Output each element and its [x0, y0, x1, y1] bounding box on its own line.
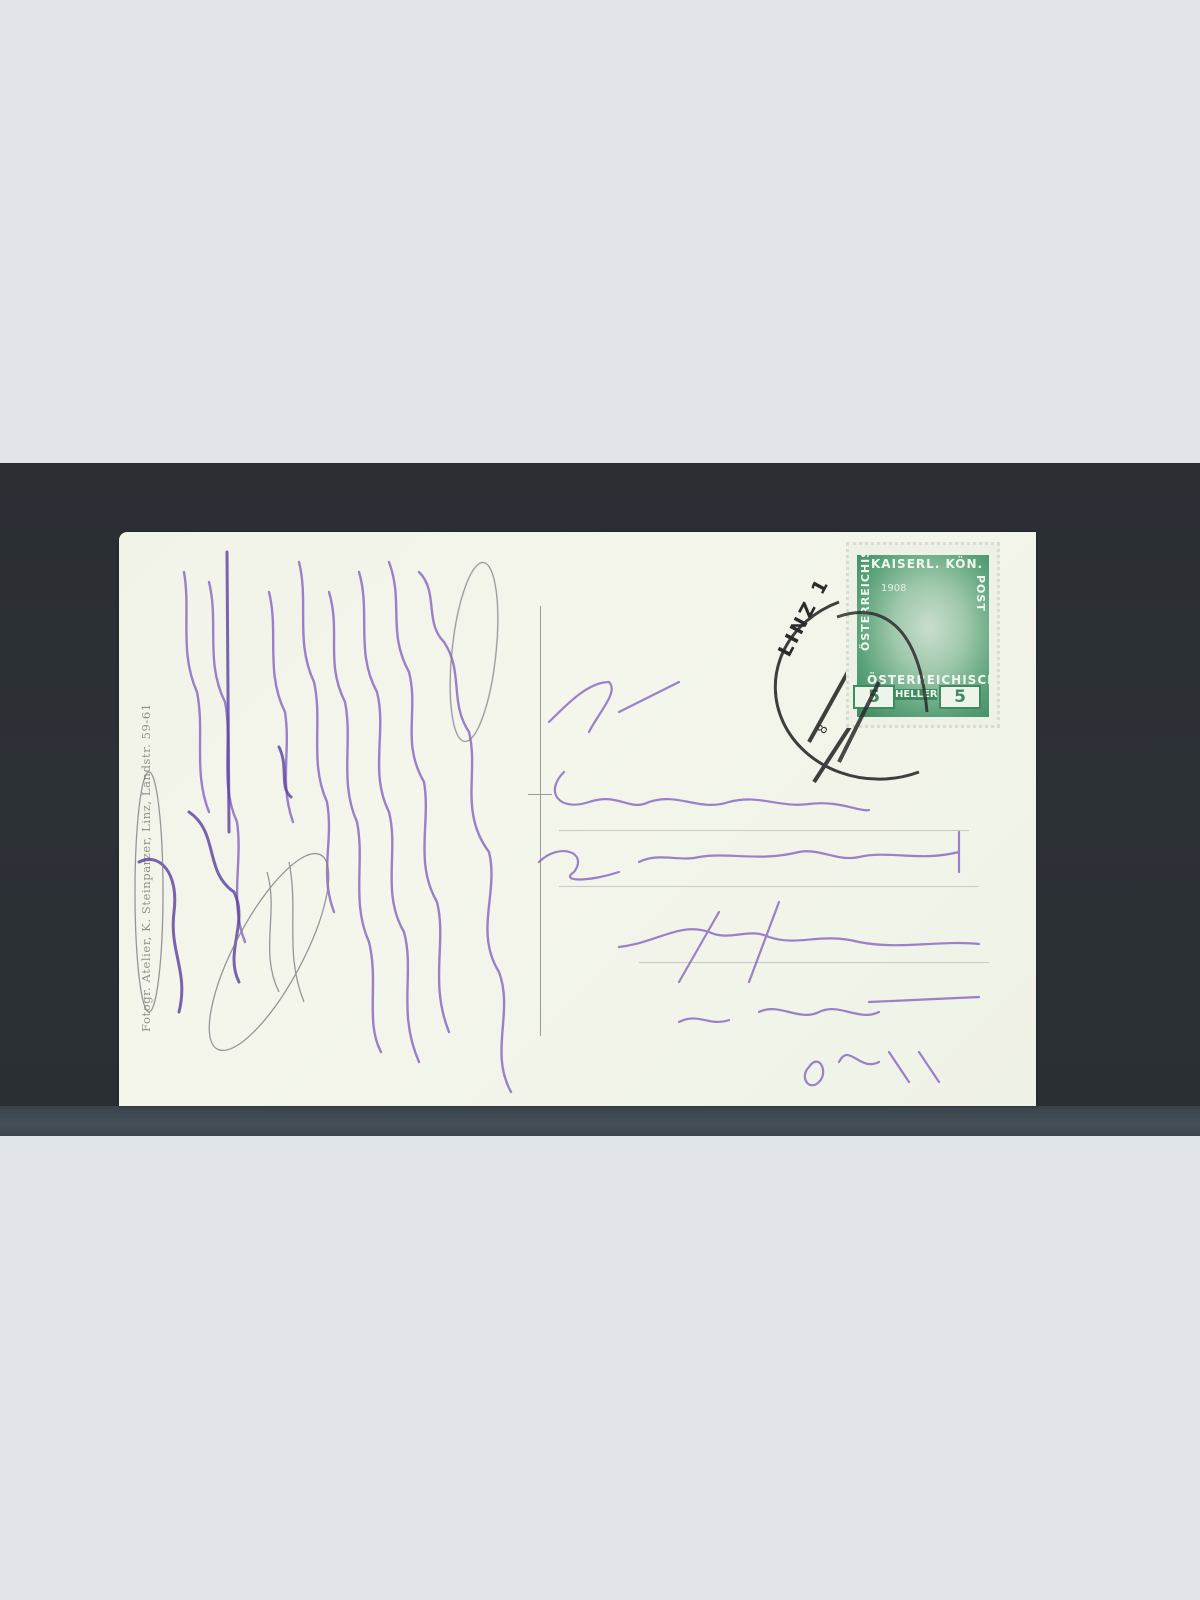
postmark-overlay: [119, 532, 1036, 1106]
backdrop-ledge: [0, 1106, 1200, 1136]
postcard: Fotogr. Atelier, K. Steinparzer, Linz, L…: [119, 532, 1036, 1106]
